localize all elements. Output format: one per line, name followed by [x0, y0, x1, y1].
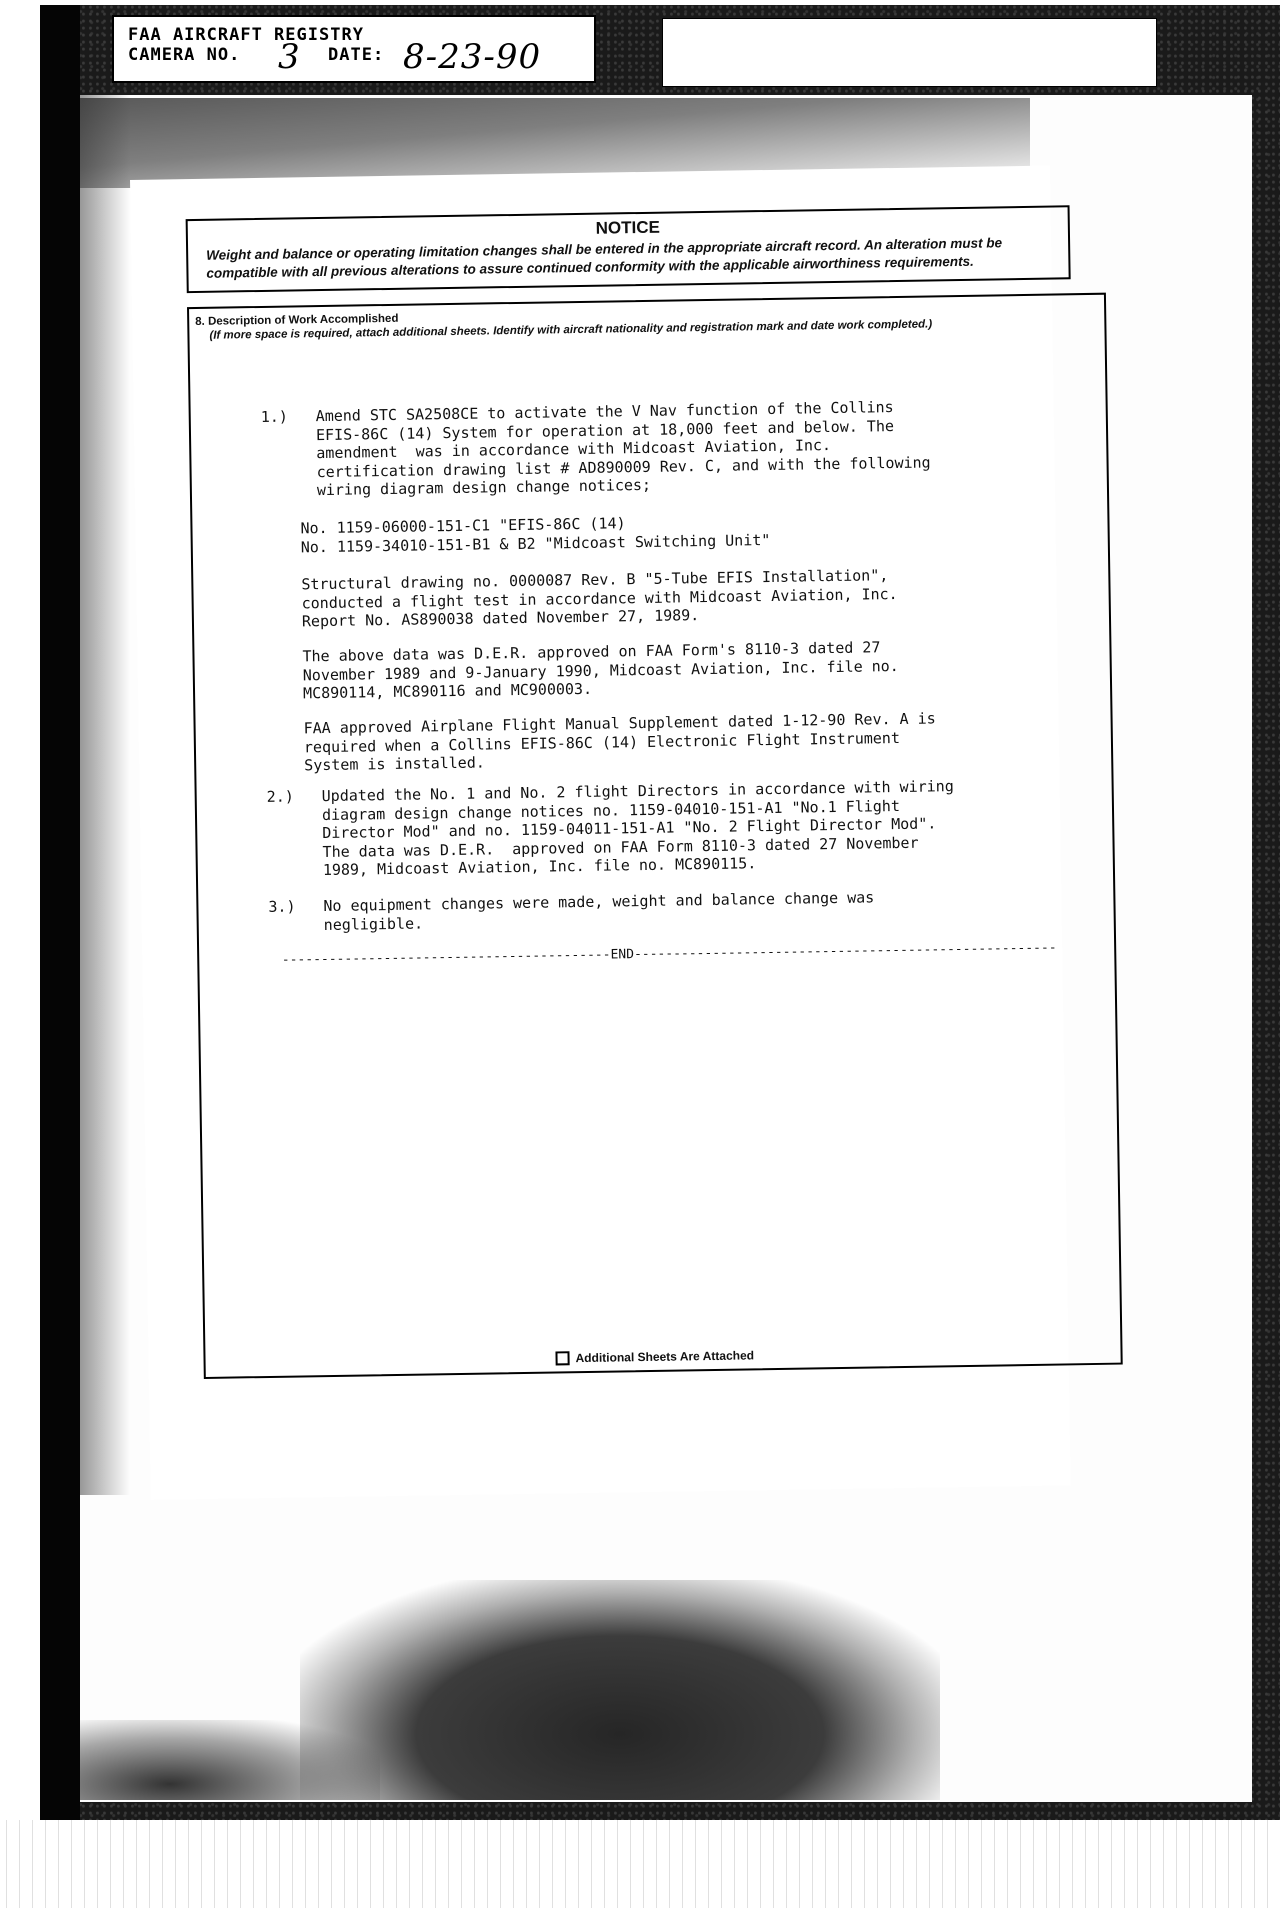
camera-no-label: CAMERA NO. — [128, 45, 240, 65]
registry-label: FAA AIRCRAFT REGISTRY — [128, 25, 364, 45]
structural-drawing-paragraph: Structural drawing no. 0000087 Rev. B "5… — [301, 564, 1022, 631]
work-item-2: 2.) Updated the No. 1 and No. 2 flight D… — [267, 787, 322, 862]
item-text: Amend STC SA2508CE to activate the V Nav… — [316, 396, 1037, 500]
camera-no-value: 3 — [278, 37, 301, 77]
form-8130: NOTICE Weight and balance or operating l… — [130, 166, 1071, 1500]
afm-supplement-paragraph: FAA approved Airplane Flight Manual Supp… — [303, 708, 1024, 775]
end-marker: ----------------------------------------… — [259, 940, 1079, 968]
scan-smudge — [80, 1720, 380, 1800]
change-notices: No. 1159-06000-151-C1 "EFIS-86C (14) No.… — [300, 508, 1020, 556]
der-approval-paragraph: The above data was D.E.R. approved on FA… — [302, 636, 1023, 703]
item-number: 1.) — [261, 408, 288, 427]
checkbox-icon[interactable] — [555, 1351, 569, 1365]
item-text: No equipment changes were made, weight a… — [323, 886, 1043, 934]
date-value: 8-23-90 — [403, 37, 541, 77]
camera-date-line: CAMERA NO. 3 DATE: 8-23-90 — [128, 45, 240, 65]
item-text: Updated the No. 1 and No. 2 flight Direc… — [322, 776, 1043, 880]
additional-sheets-attached[interactable]: Additional Sheets Are Attached — [555, 1348, 754, 1365]
additional-sheets-label: Additional Sheets Are Attached — [575, 1348, 754, 1365]
scan-noise-strip — [0, 1820, 1280, 1908]
scan-smudge — [300, 1580, 940, 1800]
scan-smudge — [80, 95, 130, 1495]
date-label: DATE: — [328, 45, 384, 65]
item-number: 2.) — [267, 788, 294, 807]
blank-label — [662, 18, 1157, 87]
camera-label: FAA AIRCRAFT REGISTRY CAMERA NO. 3 DATE:… — [112, 15, 596, 83]
section-heading: 8. Description of Work Accomplished (If … — [195, 303, 932, 343]
description-box: 8. Description of Work Accomplished (If … — [187, 293, 1123, 1379]
work-item-1: 1.) Amend STC SA2508CE to activate the V… — [261, 407, 316, 482]
item-number: 3.) — [268, 897, 295, 916]
notice-box: NOTICE Weight and balance or operating l… — [186, 205, 1071, 293]
frame-edge — [40, 5, 80, 1820]
